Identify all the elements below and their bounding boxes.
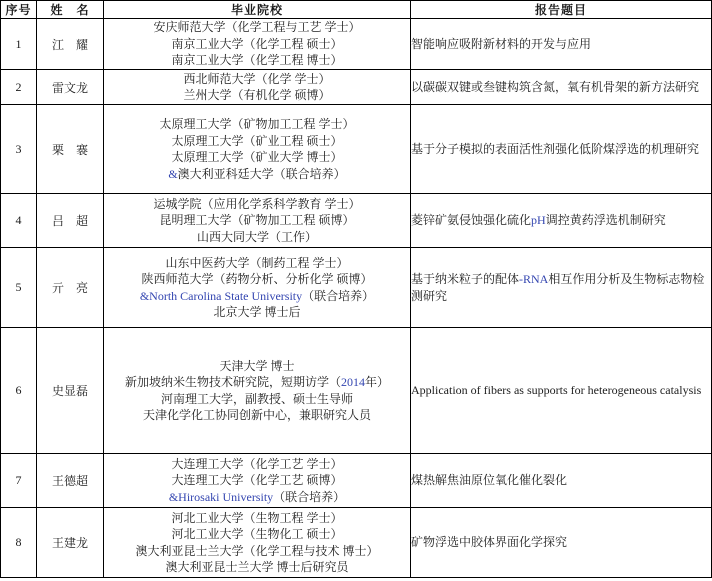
text-run: 新加坡纳米生物技术研究院，短期访学（ <box>125 375 341 389</box>
text-run: 河南理工大学，副教授、硕士生导师 <box>161 392 353 406</box>
school-line: 运城学院（应用化学系科学教育 学士） <box>104 196 410 213</box>
school-line: 南京工业大学（化学工程 博士） <box>104 52 410 69</box>
name-cell: 栗 褰 <box>37 105 104 194</box>
school-line: 大连理工大学（化学工艺 硕博） <box>104 472 410 489</box>
name-cell: 王德超 <box>37 454 104 508</box>
text-run: 煤热解焦油原位氧化催化裂化 <box>411 473 567 487</box>
text-run: 菱锌矿氨侵蚀强化硫化 <box>411 213 531 227</box>
text-run: 北京大学 博士后 <box>213 305 300 319</box>
text-run: 基于分子模拟的表面活性剂强化低阶煤浮选的机理研究 <box>411 142 699 156</box>
school-line: 兰州大学（有机化学 硕博） <box>104 87 410 104</box>
name-cell: 吕 超 <box>37 194 104 248</box>
school-line: 新加坡纳米生物技术研究院，短期访学（2014年） <box>104 374 410 391</box>
text-run: 年） <box>365 375 389 389</box>
table-row: 1江 耀安庆师范大学（化学工程与工艺 学士）南京工业大学（化学工程 硕士）南京工… <box>1 19 712 70</box>
text-run: 运城学院（应用化学系科学教育 学士） <box>153 197 360 211</box>
text-run: 澳大利亚昆士兰大学 博士后研究员 <box>165 560 348 574</box>
header-row: 序号 姓 名 毕业院校 报告题目 <box>1 1 712 19</box>
text-run: 天津大学 博士 <box>219 359 294 373</box>
topic-cell: 智能响应吸附新材料的开发与应用 <box>411 19 712 70</box>
accent-text-run: & <box>168 167 177 181</box>
row-number-cell: 4 <box>1 194 37 248</box>
table-row: 6史显磊天津大学 博士新加坡纳米生物技术研究院，短期访学（2014年）河南理工大… <box>1 328 712 454</box>
table-header: 序号 姓 名 毕业院校 报告题目 <box>1 1 712 19</box>
text-run: 陕西师范大学（药物分析、分析化学 硕博） <box>141 272 372 286</box>
text-run: 基于纳米粒子的配体 <box>411 272 519 286</box>
row-number-cell: 1 <box>1 19 37 70</box>
accent-text-run: 2014 <box>341 375 365 389</box>
row-number-cell: 2 <box>1 70 37 105</box>
text-run: 大连理工大学（化学工艺 学士） <box>171 457 342 471</box>
table-row: 2雷文龙西北师范大学（化学 学士）兰州大学（有机化学 硕博）以碳碳双键或叁键构筑… <box>1 70 712 105</box>
row-number-cell: 7 <box>1 454 37 508</box>
row-number-cell: 8 <box>1 508 37 578</box>
school-line: &North Carolina State University（联合培养） <box>104 288 410 305</box>
name-cell: 雷文龙 <box>37 70 104 105</box>
text-run: 昆明理工大学（矿物加工工程 硕博） <box>159 213 354 227</box>
name-cell: 王建龙 <box>37 508 104 578</box>
text-run: 兰州大学（有机化学 硕博） <box>183 88 330 102</box>
school-line: 陕西师范大学（药物分析、分析化学 硕博） <box>104 271 410 288</box>
text-run: 山西大同大学（工作） <box>197 230 317 244</box>
table-row: 4吕 超运城学院（应用化学系科学教育 学士）昆明理工大学（矿物加工工程 硕博）山… <box>1 194 712 248</box>
text-run: 矿物浮选中胶体界面化学探究 <box>411 535 567 549</box>
topic-cell: 基于分子模拟的表面活性剂强化低阶煤浮选的机理研究 <box>411 105 712 194</box>
table-body: 1江 耀安庆师范大学（化学工程与工艺 学士）南京工业大学（化学工程 硕士）南京工… <box>1 19 712 578</box>
accent-text-run: &Hirosaki University <box>169 490 273 504</box>
school-line: 太原理工大学（矿物加工工程 学士） <box>104 116 410 133</box>
school-line: 昆明理工大学（矿物加工工程 硕博） <box>104 212 410 229</box>
school-line: 大连理工大学（化学工艺 学士） <box>104 456 410 473</box>
name-cell: 江 耀 <box>37 19 104 70</box>
school-line: 天津化学化工协同创新中心，兼职研究人员 <box>104 407 410 424</box>
text-run: 南京工业大学（化学工程 博士） <box>171 53 342 67</box>
topic-cell: 矿物浮选中胶体界面化学探究 <box>411 508 712 578</box>
col-header-topic: 报告题目 <box>411 1 712 19</box>
topic-cell: 以碳碳双键或叁键构筑含氮，氧有机骨架的新方法研究 <box>411 70 712 105</box>
topic-cell: 煤热解焦油原位氧化催化裂化 <box>411 454 712 508</box>
text-run: 太原理工大学（矿业工程 硕士） <box>171 134 342 148</box>
school-line: 天津大学 博士 <box>104 358 410 375</box>
text-run: 智能响应吸附新材料的开发与应用 <box>411 37 591 51</box>
school-line: 太原理工大学（矿业大学 博士） <box>104 149 410 166</box>
text-run: 天津化学化工协同创新中心，兼职研究人员 <box>143 408 371 422</box>
school-cell: 运城学院（应用化学系科学教育 学士）昆明理工大学（矿物加工工程 硕博）山西大同大… <box>104 194 411 248</box>
text-run: Application of fibers as supports for he… <box>411 383 701 397</box>
table-row: 3栗 褰太原理工大学（矿物加工工程 学士）太原理工大学（矿业工程 硕士）太原理工… <box>1 105 712 194</box>
topic-cell: Application of fibers as supports for he… <box>411 328 712 454</box>
text-run: （联合培养） <box>273 490 345 504</box>
text-run: 澳大利亚昆士兰大学（化学工程与技术 博士） <box>135 544 378 558</box>
school-line: 山西大同大学（工作） <box>104 229 410 246</box>
report-table: 序号 姓 名 毕业院校 报告题目 1江 耀安庆师范大学（化学工程与工艺 学士）南… <box>0 0 712 578</box>
col-header-number: 序号 <box>1 1 37 19</box>
text-run: 河北工业大学（生物工程 学士） <box>171 511 342 525</box>
school-cell: 西北师范大学（化学 学士）兰州大学（有机化学 硕博） <box>104 70 411 105</box>
school-cell: 太原理工大学（矿物加工工程 学士）太原理工大学（矿业工程 硕士）太原理工大学（矿… <box>104 105 411 194</box>
text-run: 太原理工大学（矿业大学 博士） <box>171 150 342 164</box>
school-cell: 山东中医药大学（制药工程 学士）陕西师范大学（药物分析、分析化学 硕博）&Nor… <box>104 248 411 328</box>
school-cell: 天津大学 博士新加坡纳米生物技术研究院，短期访学（2014年）河南理工大学，副教… <box>104 328 411 454</box>
school-line: 澳大利亚昆士兰大学 博士后研究员 <box>104 559 410 576</box>
school-line: 山东中医药大学（制药工程 学士） <box>104 255 410 272</box>
text-run: 安庆师范大学（化学工程与工艺 学士） <box>153 20 360 34</box>
accent-text-run: pH <box>531 213 546 227</box>
row-number-cell: 6 <box>1 328 37 454</box>
school-line: 河北工业大学（生物工程 学士） <box>104 510 410 527</box>
col-header-name: 姓 名 <box>37 1 104 19</box>
document-page: 序号 姓 名 毕业院校 报告题目 1江 耀安庆师范大学（化学工程与工艺 学士）南… <box>0 0 712 581</box>
text-run: 大连理工大学（化学工艺 硕博） <box>171 473 342 487</box>
row-number-cell: 5 <box>1 248 37 328</box>
school-line: 安庆师范大学（化学工程与工艺 学士） <box>104 19 410 36</box>
table-row: 5亓 亮山东中医药大学（制药工程 学士）陕西师范大学（药物分析、分析化学 硕博）… <box>1 248 712 328</box>
school-cell: 大连理工大学（化学工艺 学士）大连理工大学（化学工艺 硕博）&Hirosaki … <box>104 454 411 508</box>
topic-cell: 基于纳米粒子的配体-RNA相互作用分析及生物标志物检测研究 <box>411 248 712 328</box>
name-cell: 史显磊 <box>37 328 104 454</box>
topic-cell: 菱锌矿氨侵蚀强化硫化pH调控黄药浮选机制研究 <box>411 194 712 248</box>
school-line: 西北师范大学（化学 学士） <box>104 71 410 88</box>
name-cell: 亓 亮 <box>37 248 104 328</box>
school-line: 澳大利亚昆士兰大学（化学工程与技术 博士） <box>104 543 410 560</box>
text-run: 调控黄药浮选机制研究 <box>546 213 666 227</box>
text-run: 澳大利亚科廷大学（联合培养） <box>178 167 346 181</box>
school-cell: 河北工业大学（生物工程 学士）河北工业大学（生物化工 硕士）澳大利亚昆士兰大学（… <box>104 508 411 578</box>
col-header-school: 毕业院校 <box>104 1 411 19</box>
table-row: 8王建龙河北工业大学（生物工程 学士）河北工业大学（生物化工 硕士）澳大利亚昆士… <box>1 508 712 578</box>
school-line: &澳大利亚科廷大学（联合培养） <box>104 166 410 183</box>
text-run: 河北工业大学（生物化工 硕士） <box>171 527 342 541</box>
table-row: 7王德超大连理工大学（化学工艺 学士）大连理工大学（化学工艺 硕博）&Hiros… <box>1 454 712 508</box>
text-run: （联合培养） <box>302 289 374 303</box>
text-run: 山东中医药大学（制药工程 学士） <box>165 256 348 270</box>
text-run: 太原理工大学（矿物加工工程 学士） <box>159 117 354 131</box>
school-line: 南京工业大学（化学工程 硕士） <box>104 36 410 53</box>
text-run: 西北师范大学（化学 学士） <box>183 72 330 86</box>
accent-text-run: -RNA <box>519 272 548 286</box>
text-run: 以碳碳双键或叁键构筑含氮，氧有机骨架的新方法研究 <box>411 80 699 94</box>
school-line: 太原理工大学（矿业工程 硕士） <box>104 133 410 150</box>
text-run: 南京工业大学（化学工程 硕士） <box>171 37 342 51</box>
school-line: 河南理工大学，副教授、硕士生导师 <box>104 391 410 408</box>
school-line: 北京大学 博士后 <box>104 304 410 321</box>
school-cell: 安庆师范大学（化学工程与工艺 学士）南京工业大学（化学工程 硕士）南京工业大学（… <box>104 19 411 70</box>
accent-text-run: &North Carolina State University <box>140 289 302 303</box>
row-number-cell: 3 <box>1 105 37 194</box>
school-line: 河北工业大学（生物化工 硕士） <box>104 526 410 543</box>
school-line: &Hirosaki University（联合培养） <box>104 489 410 506</box>
